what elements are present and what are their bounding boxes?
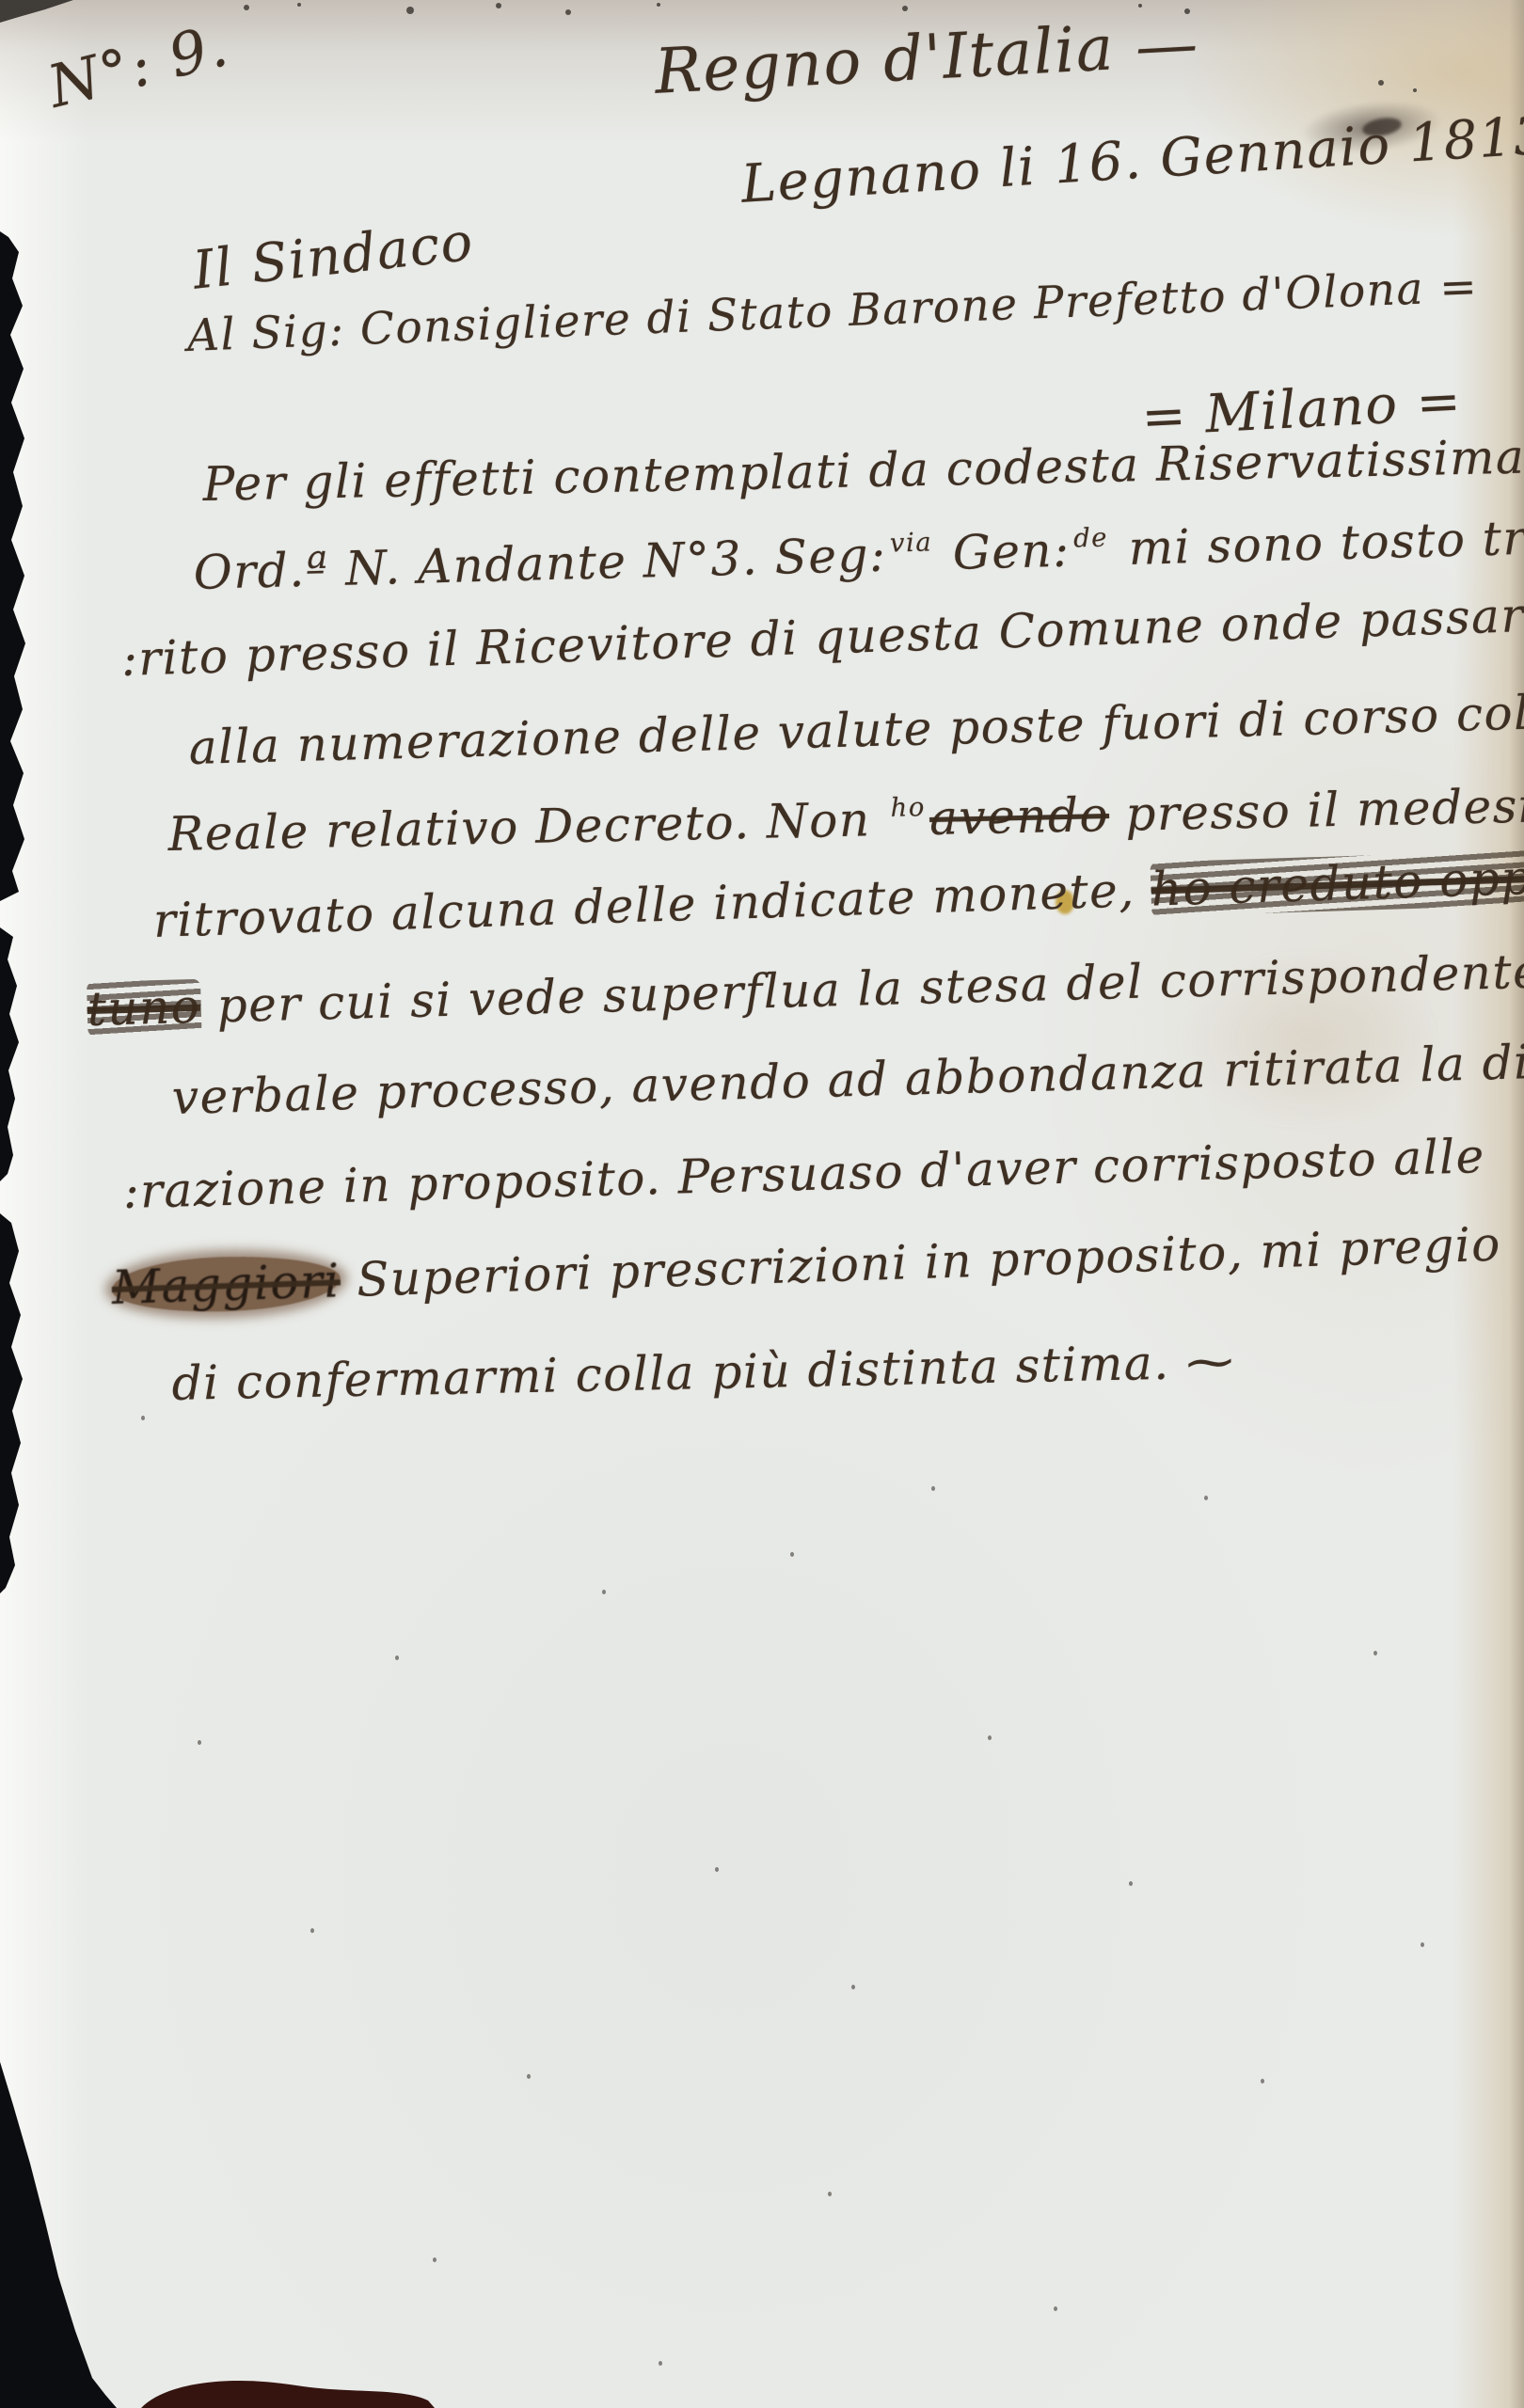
paper-speck [602,1590,606,1594]
paper-speck [828,2192,832,2196]
dateline: Legnano li 16. Gennaio 1813. – [739,101,1524,215]
stain-bottom-edge [141,2381,435,2408]
paper-speck [198,1740,201,1745]
body-text: presso il medesimo [1108,777,1524,842]
body-text: Superiori prescrizioni in proposito, mi … [340,1217,1502,1308]
torn-edge-left-middle [0,927,19,1181]
manuscript-page: N°: 9. Regno d'Italia — Legnano li 16. G… [0,0,1524,2408]
torn-edge-left-lower [0,1213,23,1593]
paper-speck [659,2361,662,2366]
superscript-insertion: via [890,528,933,559]
body-line-6: ritrovato alcuna delle indicate monete, … [152,848,1524,948]
body-text: Gen: [936,523,1071,581]
paper-speck [141,1416,145,1420]
body-text: :rito presso il Ricevitore di questa Com… [120,587,1524,687]
torn-corner-bottom-left [0,2062,117,2408]
body-text: Ord.ª N. Andante N°3. Seg: [193,528,887,600]
paper-speck [715,1867,719,1872]
body-text: alla numerazione delle valute poste fuor… [188,686,1524,775]
sender-title: Il Sindaco [190,212,477,302]
body-line-3: :rito presso il Ricevitore di questa Com… [120,587,1524,687]
body-text: di confermarmi colla più distinta stima.… [171,1334,1235,1411]
body-line-9: :razione in proposito. Persuaso d'aver c… [122,1129,1485,1219]
superscript-insertion: ho [890,792,926,823]
body-text: mi sono tosto trasfe [1112,508,1524,576]
body-text: ritrovato alcuna delle indicate monete, [152,863,1152,948]
paper-speck [790,1552,794,1557]
body-line-2: Ord.ª N. Andante N°3. Seg:via Gen:de mi … [193,508,1524,600]
page-edge-shadow [1509,0,1524,2408]
document-heading: Regno d'Italia — [653,8,1200,108]
paper-speck [1129,1881,1133,1886]
paper-speck [1054,2306,1057,2311]
struck-text: tuno [87,979,201,1037]
body-text: :razione in proposito. Persuaso d'aver c… [122,1129,1485,1219]
paper-speck [851,1985,855,1989]
struck-text: ho creduto oppor [1151,848,1524,916]
paper-speck [1421,1942,1424,1947]
struck-text: Maggiori [111,1253,341,1315]
document-number: N°: 9. [41,10,235,121]
body-line-1: Per gli effetti contemplati da codesta R… [202,430,1524,512]
body-line-5: Reale relativo Decreto. Non hoavendo pre… [167,777,1524,862]
torn-edge-left-upper [0,231,25,901]
paper-speck [931,1486,935,1491]
paper-speck [1204,1496,1208,1500]
body-line-10: Maggiori Superiori prescrizioni in propo… [111,1217,1502,1315]
paper-speck [310,1928,314,1933]
mark-top-left [0,0,73,23]
superscript-insertion: de [1073,523,1109,554]
body-line-4: alla numerazione delle valute poste fuor… [188,686,1524,775]
body-text: Reale relativo Decreto. Non [167,792,887,862]
paper-speck [988,1735,992,1740]
struck-text: avendo [929,787,1109,846]
body-line-11: di confermarmi colla più distinta stima.… [171,1334,1235,1411]
paper-speck [395,1655,399,1660]
paper-speck [1261,2079,1264,2083]
paper-speck [433,2257,437,2262]
body-text: Per gli effetti contemplati da codesta R… [202,430,1524,512]
paper-speck [1373,1651,1377,1655]
paper-speck [527,2074,531,2079]
